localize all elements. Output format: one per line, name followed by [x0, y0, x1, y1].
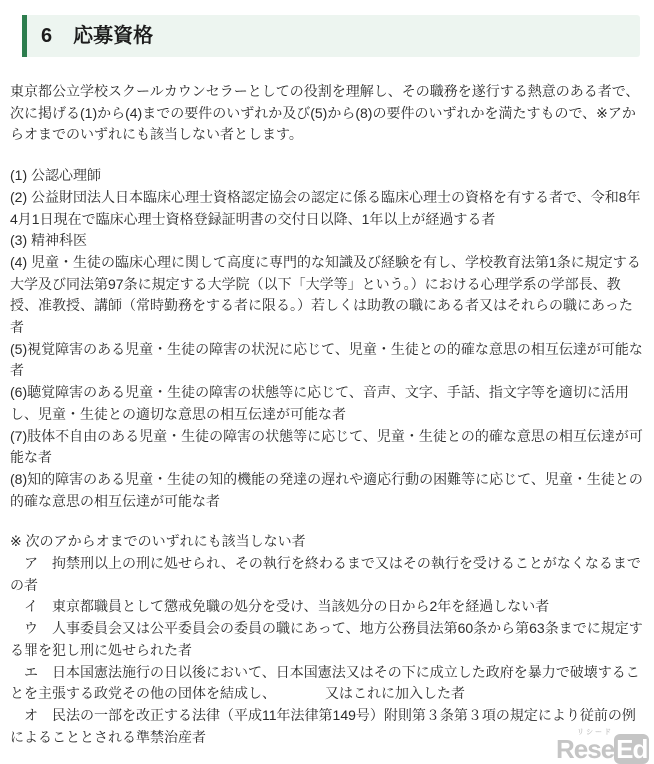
qualification-item-6: (6)聴覚障害のある児童・生徒の障害の状態等に応じて、音声、文字、手話、指文字等…: [10, 382, 644, 425]
reseed-watermark-logo: リシード ReseEd: [556, 729, 654, 762]
exclusion-item-e: エ 日本国憲法施行の日以後において、日本国憲法又はその下に成立した政府を暴力で破…: [10, 662, 644, 705]
qualification-list: (1) 公認心理師 (2) 公益財団法人日本臨床心理士資格認定協会の認定に係る臨…: [10, 165, 644, 512]
qualification-item-3: (3) 精神科医: [10, 230, 644, 252]
exclusion-item-a: ア 拘禁刑以上の刑に処せられ、その執行を終わるまで又はその執行を受けることがなく…: [10, 553, 644, 596]
qualification-item-2: (2) 公益財団法人日本臨床心理士資格認定協会の認定に係る臨床心理士の資格を有す…: [10, 187, 644, 230]
reseed-logo-text-main: Rese: [556, 734, 614, 764]
qualification-item-5: (5)視覚障害のある児童・生徒の障害の状況に応じて、児童・生徒との的確な意思の相…: [10, 339, 644, 382]
exclusion-item-i: イ 東京都職員として懲戒免職の処分を受け、当該処分の日から2年を経過しない者: [10, 596, 644, 618]
intro-paragraph: 東京都公立学校スクールカウンセラーとしての役割を理解し、その職務を遂行する熱意の…: [10, 81, 644, 146]
section-number: 6: [41, 22, 52, 50]
qualification-item-1: (1) 公認心理師: [10, 165, 644, 187]
exclusion-item-u: ウ 人事委員会又は公平委員会の委員の職にあって、地方公務員法第60条から第63条…: [10, 618, 644, 661]
document-page: { "header": { "number": "6", "title": "応…: [0, 0, 654, 764]
reseed-logo-badge: Ed: [614, 734, 649, 764]
exclusion-list: ア 拘禁刑以上の刑に処せられ、その執行を終わるまで又はその執行を受けることがなく…: [10, 553, 644, 748]
exclusion-item-o: オ 民法の一部を改正する法律（平成11年法律第149号）附則第３条第３項の規定に…: [10, 705, 644, 748]
reseed-logo-text: ReseEd: [556, 736, 654, 762]
section-header: 6 応募資格: [22, 15, 640, 57]
exclusion-heading: ※ 次のアからオまでのいずれにも該当しない者: [10, 531, 644, 553]
section-title: 応募資格: [73, 22, 153, 50]
qualification-item-8: (8)知的障害のある児童・生徒の知的機能の発達の遅れや適応行動の困難等に応じて、…: [10, 469, 644, 512]
qualification-item-7: (7)肢体不自由のある児童・生徒の障害の状態等に応じて、児童・生徒との的確な意思…: [10, 426, 644, 469]
document-body: 東京都公立学校スクールカウンセラーとしての役割を理解し、その職務を遂行する熱意の…: [0, 57, 654, 748]
qualification-item-4: (4) 児童・生徒の臨床心理に関して高度に専門的な知識及び経験を有し、学校教育法…: [10, 252, 644, 339]
